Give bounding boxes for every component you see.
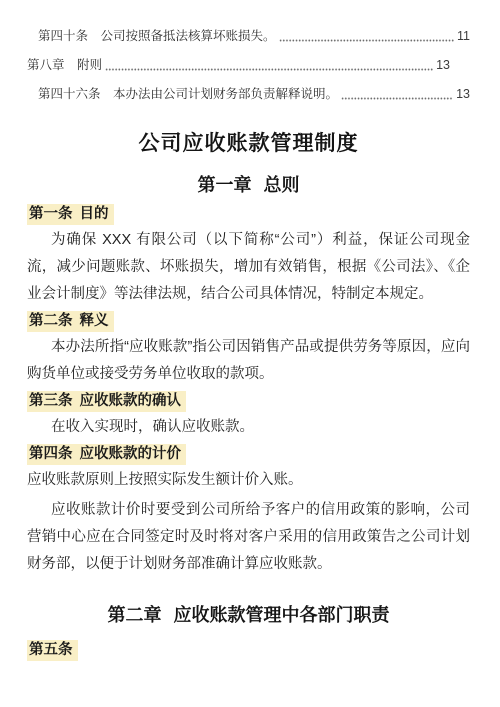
table-of-contents: 第四十条 公司按照备抵法核算坏账损失。 11 第八章 附则 13 第四十六条 本…	[27, 28, 470, 102]
toc-entry-label: 第四十六条 本办法由公司计划财务部负责解释说明。	[38, 86, 338, 102]
article-4-heading: 第四条 应收账款的计价	[27, 444, 470, 464]
article-3-heading: 第三条 应收账款的确认	[27, 391, 470, 411]
toc-page-number: 11	[457, 28, 470, 44]
toc-page-number: 13	[456, 86, 470, 102]
toc-entry-label: 第四十条 公司按照备抵法核算坏账损失。	[38, 28, 276, 44]
chapter-2-heading: 第二章 应收账款管理中各部门职责	[27, 602, 470, 628]
article-2-body: 本办法所指“应收账款”指公司因销售产品或提供劳务等原因，应向购货单位或接受劳务单…	[27, 334, 470, 388]
article-1-heading: 第一条 目的	[27, 204, 470, 224]
toc-entry: 第四十六条 本办法由公司计划财务部负责解释说明。 13	[27, 86, 470, 102]
article-1-heading-text: 第一条 目的	[27, 204, 114, 225]
toc-entry: 第四十条 公司按照备抵法核算坏账损失。 11	[27, 28, 470, 44]
article-3-body: 在收入实现时，确认应收账款。	[27, 414, 470, 441]
toc-entry-label: 第八章 附则	[27, 57, 102, 73]
chapter-1-heading: 第一章 总则	[27, 172, 470, 198]
article-2-heading-text: 第二条 释义	[27, 311, 114, 332]
toc-entry: 第八章 附则 13	[27, 57, 470, 73]
article-5-heading: 第五条	[27, 640, 470, 660]
toc-dot-leader	[105, 68, 433, 71]
article-3-heading-text: 第三条 应收账款的确认	[27, 391, 186, 412]
toc-dot-leader	[279, 39, 455, 42]
document-title: 公司应收账款管理制度	[27, 129, 470, 159]
article-4-body-2: 应收账款计价时要受到公司所给予客户的信用政策的影响，公司营销中心应在合同签定时及…	[27, 497, 470, 578]
toc-dot-leader	[341, 97, 453, 100]
article-4-body-1: 应收账款原则上按照实际发生额计价入账。	[27, 467, 470, 494]
toc-page-number: 13	[436, 57, 450, 73]
article-4-heading-text: 第四条 应收账款的计价	[27, 444, 186, 465]
article-2-heading: 第二条 释义	[27, 311, 470, 331]
document-page: 第四十条 公司按照备抵法核算坏账损失。 11 第八章 附则 13 第四十六条 本…	[0, 0, 500, 707]
article-1-body: 为确保 XXX 有限公司（以下简称“公司”）利益，保证公司现金流，减少问题账款、…	[27, 227, 470, 308]
article-5-heading-text: 第五条	[27, 640, 78, 661]
